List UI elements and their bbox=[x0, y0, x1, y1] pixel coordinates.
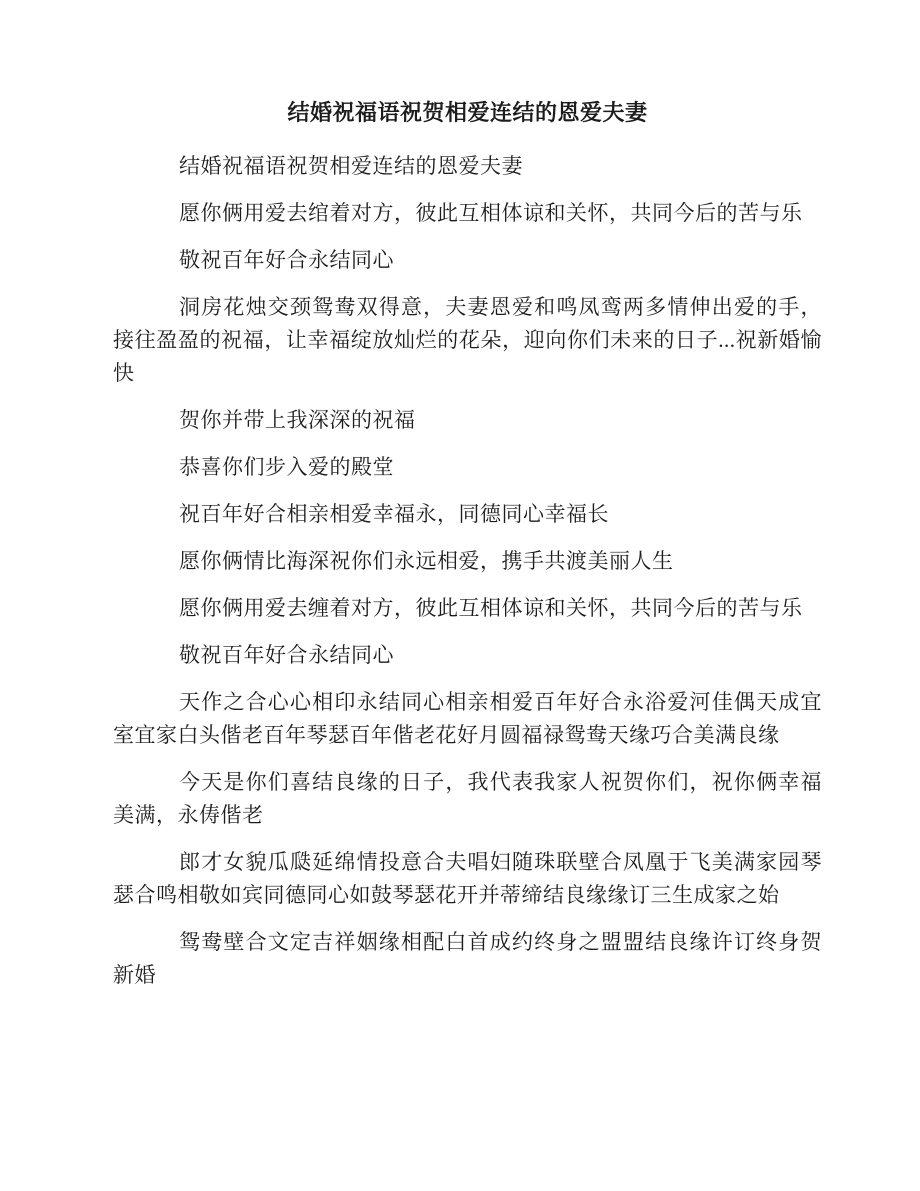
paragraph: 愿你俩用爱去绾着对方，彼此互相体谅和关怀，共同今后的苦与乐 bbox=[113, 197, 822, 230]
paragraph: 敬祝百年好合永结同心 bbox=[113, 639, 822, 672]
document-title: 结婚祝福语祝贺相爱连结的恩爱夫妻 bbox=[113, 96, 822, 129]
paragraph: 敬祝百年好合永结同心 bbox=[113, 244, 822, 277]
paragraph: 鸳鸯壁合文定吉祥姻缘相配白首成约终身之盟盟结良缘许订终身贺新婚 bbox=[113, 926, 822, 992]
paragraph: 洞房花烛交颈鸳鸯双得意，夫妻恩爱和鸣凤鸾两多情伸出爱的手，接往盈盈的祝福，让幸福… bbox=[113, 291, 822, 390]
paragraph: 愿你俩用爱去缠着对方，彼此互相体谅和关怀，共同今后的苦与乐 bbox=[113, 592, 822, 625]
document-page: 结婚祝福语祝贺相爱连结的恩爱夫妻 结婚祝福语祝贺相爱连结的恩爱夫妻愿你俩用爱去绾… bbox=[0, 0, 920, 1191]
paragraph: 天作之合心心相印永结同心相亲相爱百年好合永浴爱河佳偶天成宜室宜家白头偕老百年琴瑟… bbox=[113, 686, 822, 752]
paragraph: 祝百年好合相亲相爱幸福永，同德同心幸福长 bbox=[113, 498, 822, 531]
paragraph: 恭喜你们步入爱的殿堂 bbox=[113, 451, 822, 484]
paragraph: 结婚祝福语祝贺相爱连结的恩爱夫妻 bbox=[113, 150, 822, 183]
paragraph: 愿你俩情比海深祝你们永远相爱，携手共渡美丽人生 bbox=[113, 545, 822, 578]
paragraph: 今天是你们喜结良缘的日子，我代表我家人祝贺你们，祝你俩幸福美满，永俦偕老 bbox=[113, 766, 822, 832]
document-body: 结婚祝福语祝贺相爱连结的恩爱夫妻愿你俩用爱去绾着对方，彼此互相体谅和关怀，共同今… bbox=[113, 150, 822, 992]
paragraph: 郎才女貌瓜瓞延绵情投意合夫唱妇随珠联壁合凤凰于飞美满家园琴瑟合鸣相敬如宾同德同心… bbox=[113, 846, 822, 912]
paragraph: 贺你并带上我深深的祝福 bbox=[113, 404, 822, 437]
